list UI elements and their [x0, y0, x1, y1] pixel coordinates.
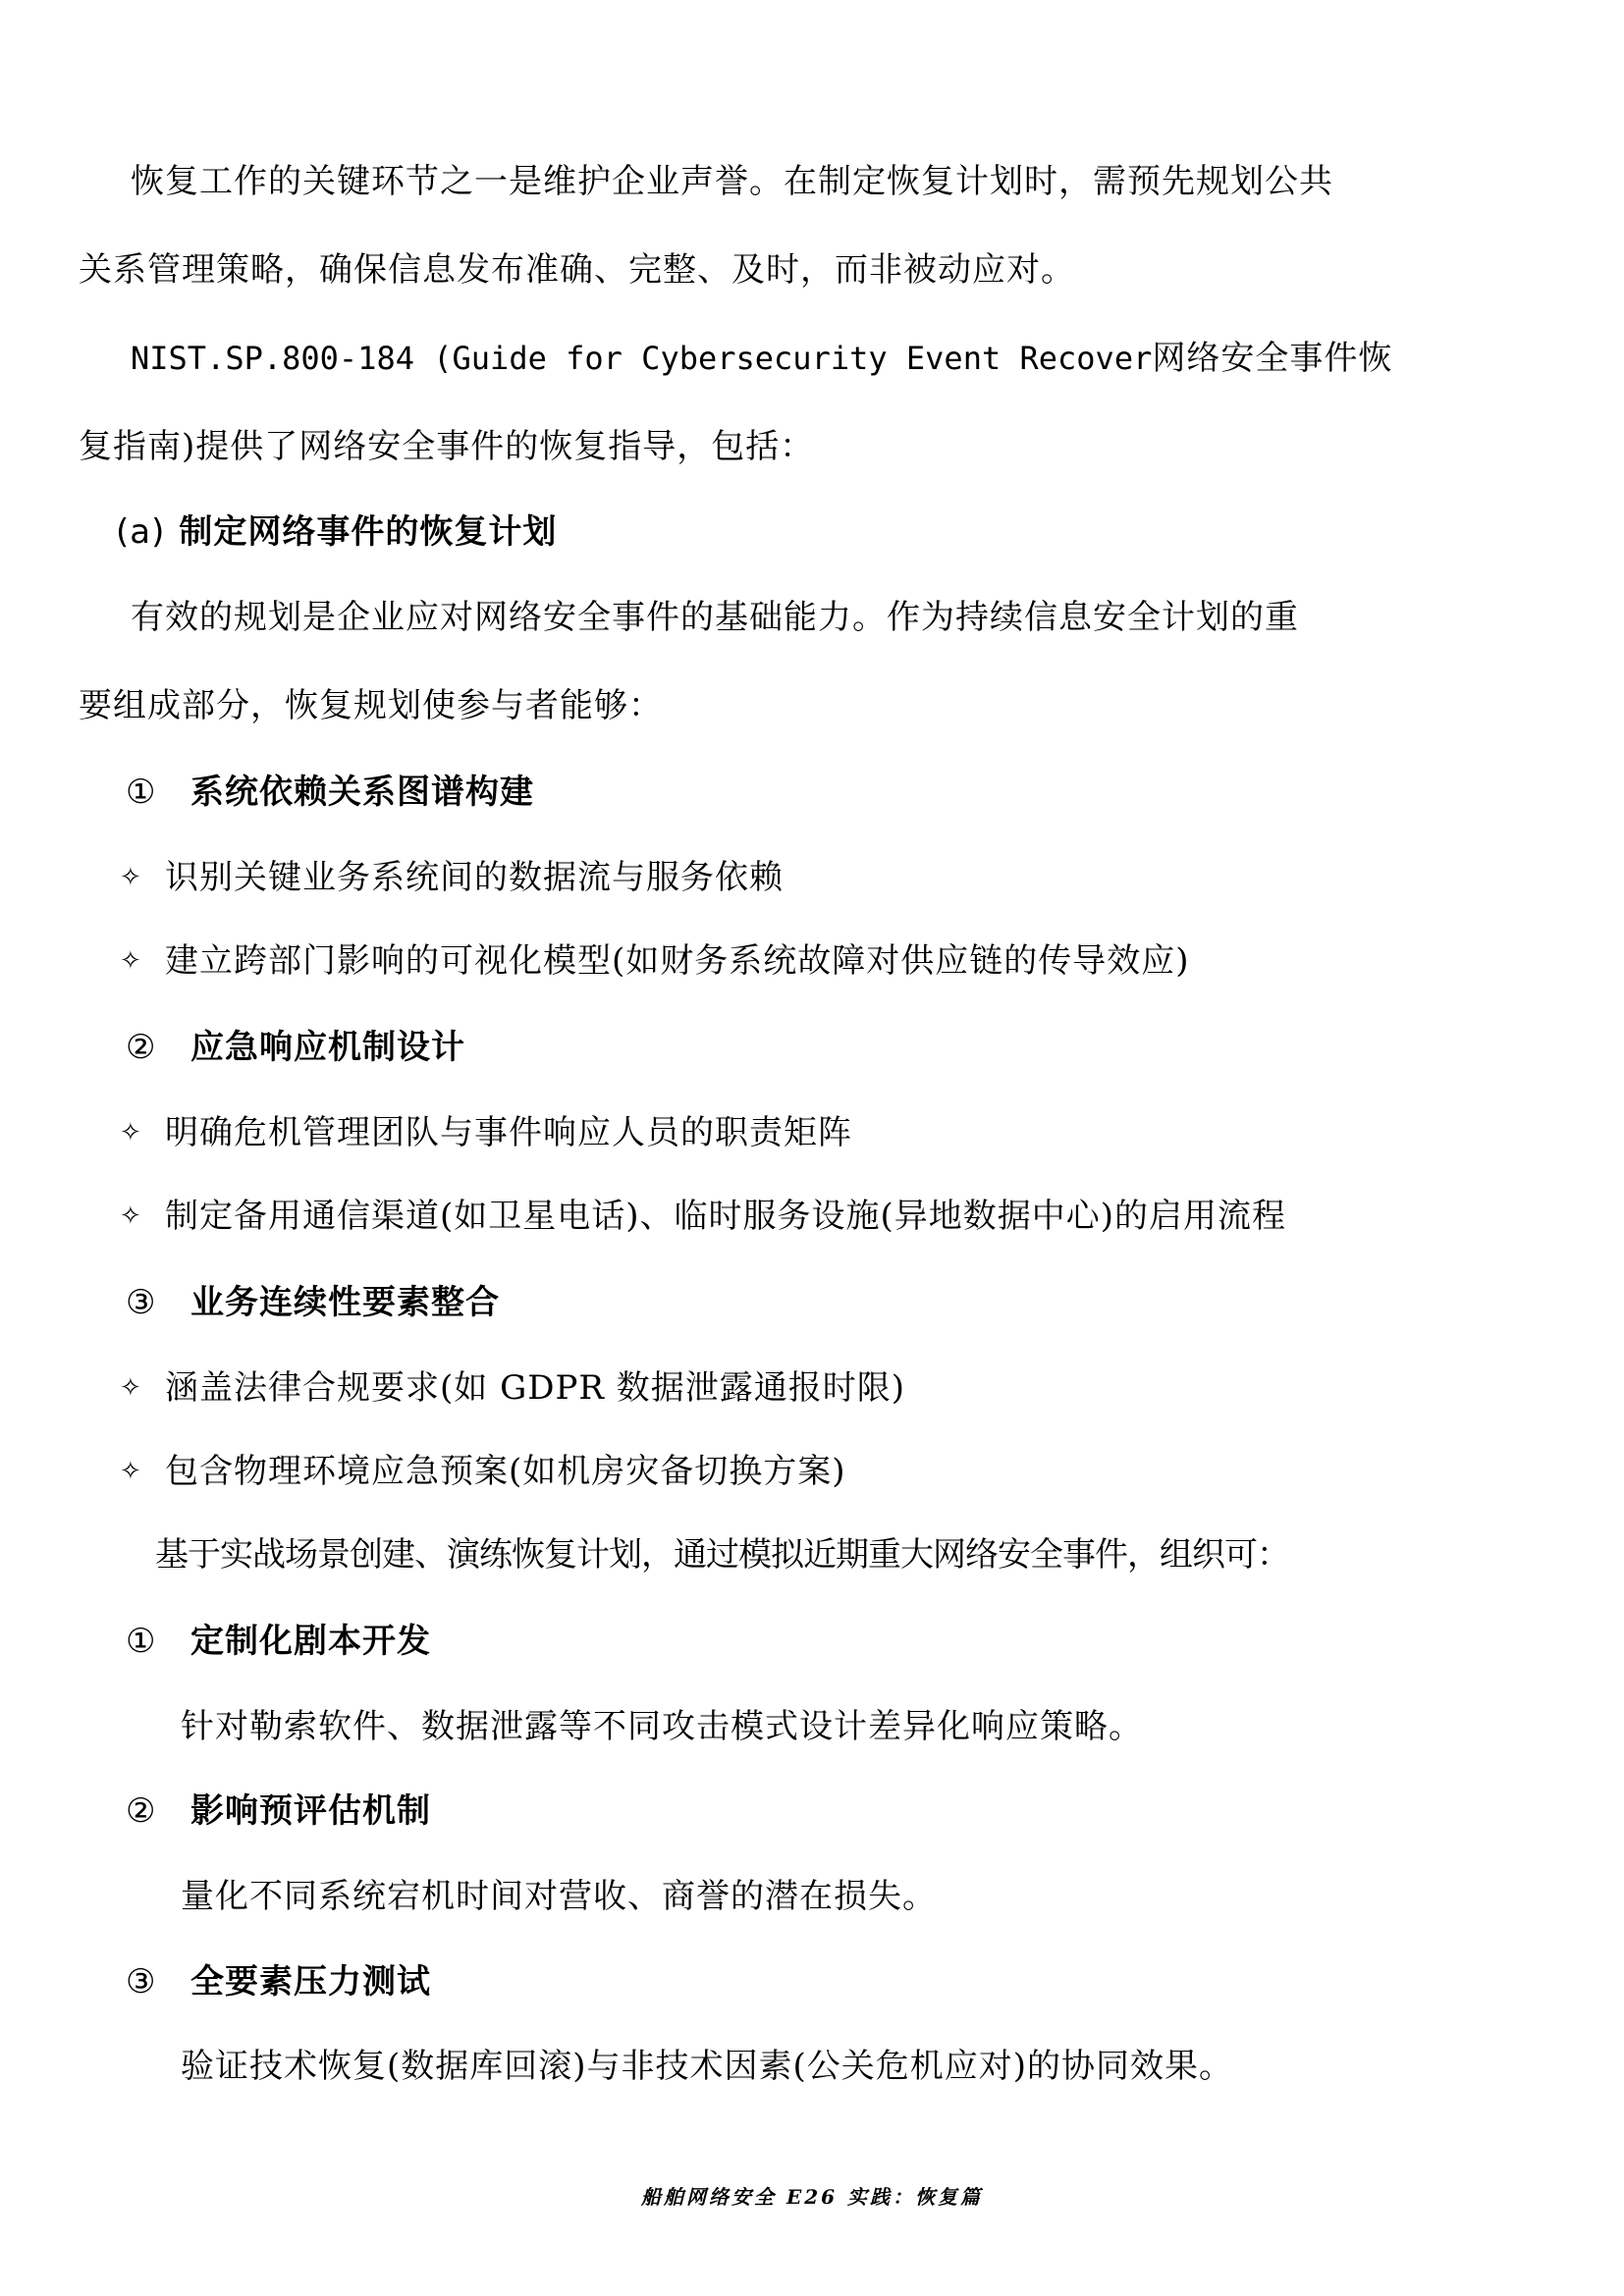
diamond-bullet-icon: ✧ [120, 1195, 165, 1238]
section-a-intro-line-1: 有效的规划是企业应对网络安全事件的基础能力。作为持续信息安全计划的重 [131, 596, 1299, 639]
list-item: ✧建立跨部门影响的可视化模型(如财务系统故障对供应链的传导效应) [120, 939, 1190, 983]
group-2-heading: ②应急响应机制设计 [126, 1026, 465, 1069]
exercise-item-2-title: 影响预评估机制 [190, 1791, 431, 1831]
group-1-title: 系统依赖关系图谱构建 [190, 773, 534, 812]
exercise-item-1-desc: 针对勒索软件、数据泄露等不同攻击模式设计差异化响应策略。 [181, 1705, 1143, 1748]
circled-number-1: ① [126, 1620, 190, 1663]
circled-number-2: ② [126, 1026, 190, 1069]
list-item: ✧涵盖法律合规要求(如 GDPR 数据泄露通报时限) [120, 1366, 905, 1410]
bullet-text: 包含物理环境应急预案(如机房灾备切换方案) [165, 1452, 846, 1491]
list-item: ✧识别关键业务系统间的数据流与服务依赖 [120, 856, 784, 899]
diamond-bullet-icon: ✧ [120, 1366, 165, 1410]
section-a-heading: (a)制定网络事件的恢复计划 [116, 510, 557, 554]
exercise-intro: 基于实战场景创建、演练恢复计划，通过模拟近期重大网络安全事件，组织可： [155, 1533, 1289, 1576]
exercise-item-3-title: 全要素压力测试 [190, 1962, 431, 2002]
diamond-bullet-icon: ✧ [120, 856, 165, 899]
bullet-text: 识别关键业务系统间的数据流与服务依赖 [165, 858, 784, 897]
paragraph-2-line-1: NIST.SP.800-184 (Guide for Cybersecurity… [131, 337, 1392, 380]
diamond-bullet-icon: ✧ [120, 939, 165, 983]
exercise-item-1-heading: ①定制化剧本开发 [126, 1620, 431, 1663]
page-footer: 船舶网络安全 E26 实践：恢复篇 [0, 2181, 1624, 2210]
list-item: ✧制定备用通信渠道(如卫星电话)、临时服务设施(异地数据中心)的启用流程 [120, 1195, 1286, 1238]
group-3-heading: ③业务连续性要素整合 [126, 1281, 500, 1324]
exercise-item-3-desc: 验证技术恢复(数据库回滚)与非技术因素(公关危机应对)的协同效果。 [181, 2045, 1233, 2088]
group-2-title: 应急响应机制设计 [190, 1028, 465, 1067]
paragraph-1-line-1: 恢复工作的关键环节之一是维护企业声誉。在制定恢复计划时，需预先规划公共 [131, 160, 1333, 203]
section-a-intro-line-2: 要组成部分，恢复规划使参与者能够： [79, 684, 663, 727]
circled-number-3: ③ [126, 1960, 190, 2003]
diamond-bullet-icon: ✧ [120, 1450, 165, 1493]
list-item: ✧包含物理环境应急预案(如机房灾备切换方案) [120, 1450, 846, 1493]
circled-number-2: ② [126, 1789, 190, 1833]
bullet-text: 明确危机管理团队与事件响应人员的职责矩阵 [165, 1113, 852, 1152]
paragraph-2-line-2: 复指南)提供了网络安全事件的恢复指导，包括： [79, 425, 814, 468]
circled-number-3: ③ [126, 1281, 190, 1324]
paragraph-1-line-2: 关系管理策略，确保信息发布准确、完整、及时，而非被动应对。 [79, 248, 1075, 292]
nist-reference: NIST.SP.800-184 (Guide for Cybersecurity… [131, 340, 1152, 377]
bullet-text: 建立跨部门影响的可视化模型(如财务系统故障对供应链的传导效应) [165, 941, 1190, 981]
section-a-marker: (a) [116, 512, 165, 552]
nist-reference-chinese: 网络安全事件恢 [1152, 339, 1392, 378]
bullet-text: 制定备用通信渠道(如卫星电话)、临时服务设施(异地数据中心)的启用流程 [165, 1197, 1286, 1236]
circled-number-1: ① [126, 771, 190, 814]
exercise-item-3-heading: ③全要素压力测试 [126, 1960, 431, 2003]
section-a-title: 制定网络事件的恢复计划 [179, 512, 557, 552]
exercise-item-1-title: 定制化剧本开发 [190, 1622, 431, 1661]
bullet-text: 涵盖法律合规要求(如 GDPR 数据泄露通报时限) [165, 1368, 905, 1408]
group-3-title: 业务连续性要素整合 [190, 1283, 500, 1322]
diamond-bullet-icon: ✧ [120, 1111, 165, 1154]
exercise-item-2-heading: ②影响预评估机制 [126, 1789, 431, 1833]
group-1-heading: ①系统依赖关系图谱构建 [126, 771, 534, 814]
list-item: ✧明确危机管理团队与事件响应人员的职责矩阵 [120, 1111, 852, 1154]
exercise-item-2-desc: 量化不同系统宕机时间对营收、商誉的潜在损失。 [181, 1875, 937, 1918]
